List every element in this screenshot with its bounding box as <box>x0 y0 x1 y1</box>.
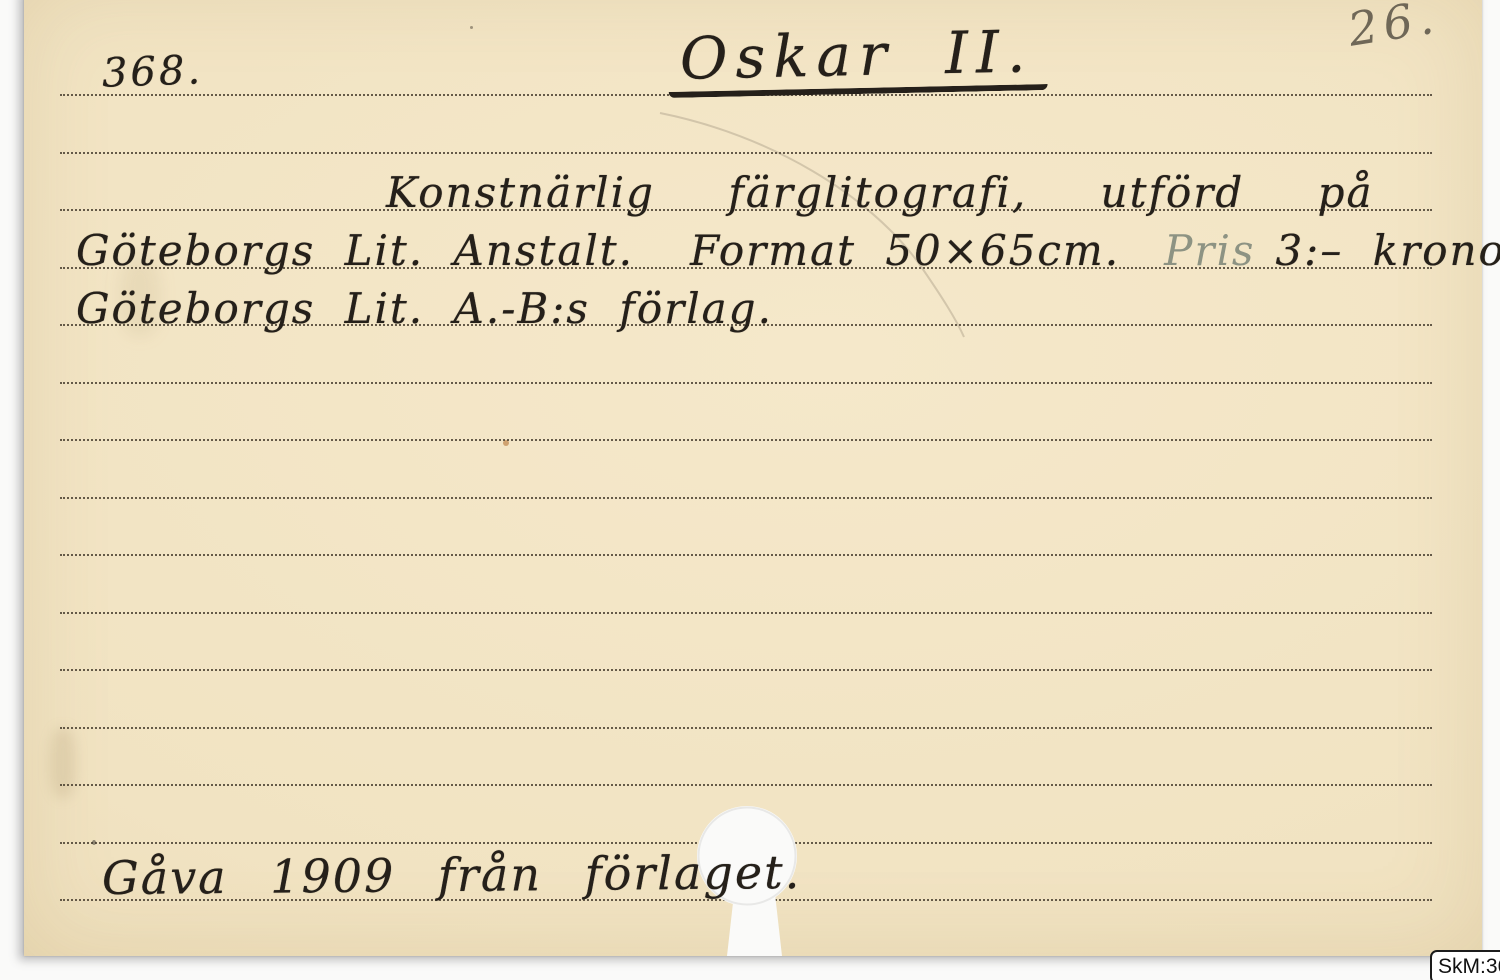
ruled-line <box>60 382 1432 384</box>
body-line-2-price-word: Pris <box>1164 226 1255 275</box>
donation-note: Gåva 1909 från förlaget. <box>102 849 802 901</box>
catalog-number: 368. <box>101 50 203 94</box>
body-line-2-price-value: 3:– kronor <box>1275 226 1500 275</box>
ruled-line <box>60 439 1432 441</box>
ruled-line <box>60 727 1432 729</box>
body-line-2-institution: Göteborgs Lit. Anstalt. <box>76 226 634 275</box>
paper-speck <box>470 26 473 29</box>
archive-label: SkM:368 <box>1430 950 1500 980</box>
card-title: Oskar II. <box>667 22 1048 98</box>
body-line-2: Göteborgs Lit. Anstalt.Format 50×65cm.Pr… <box>76 230 1500 272</box>
corner-number-pencil: 26. <box>1345 0 1442 53</box>
archive-label-text: SkM:368 <box>1438 955 1500 978</box>
scanned-index-card: 368. Oskar II. 26. Konstnärlig färglitog… <box>0 0 1500 980</box>
body-line-1: Konstnärlig färglitografi, utförd på <box>386 172 1374 214</box>
ruled-line <box>60 612 1432 614</box>
smudge-mark <box>50 728 76 798</box>
ruled-line <box>60 554 1432 556</box>
ruled-line <box>60 669 1432 671</box>
ruled-line <box>60 784 1432 786</box>
body-line-3: Göteborgs Lit. A.-B:s förlag. <box>76 288 773 330</box>
ruled-line <box>60 497 1432 499</box>
body-line-2-format: Format 50×65cm. <box>690 226 1120 275</box>
